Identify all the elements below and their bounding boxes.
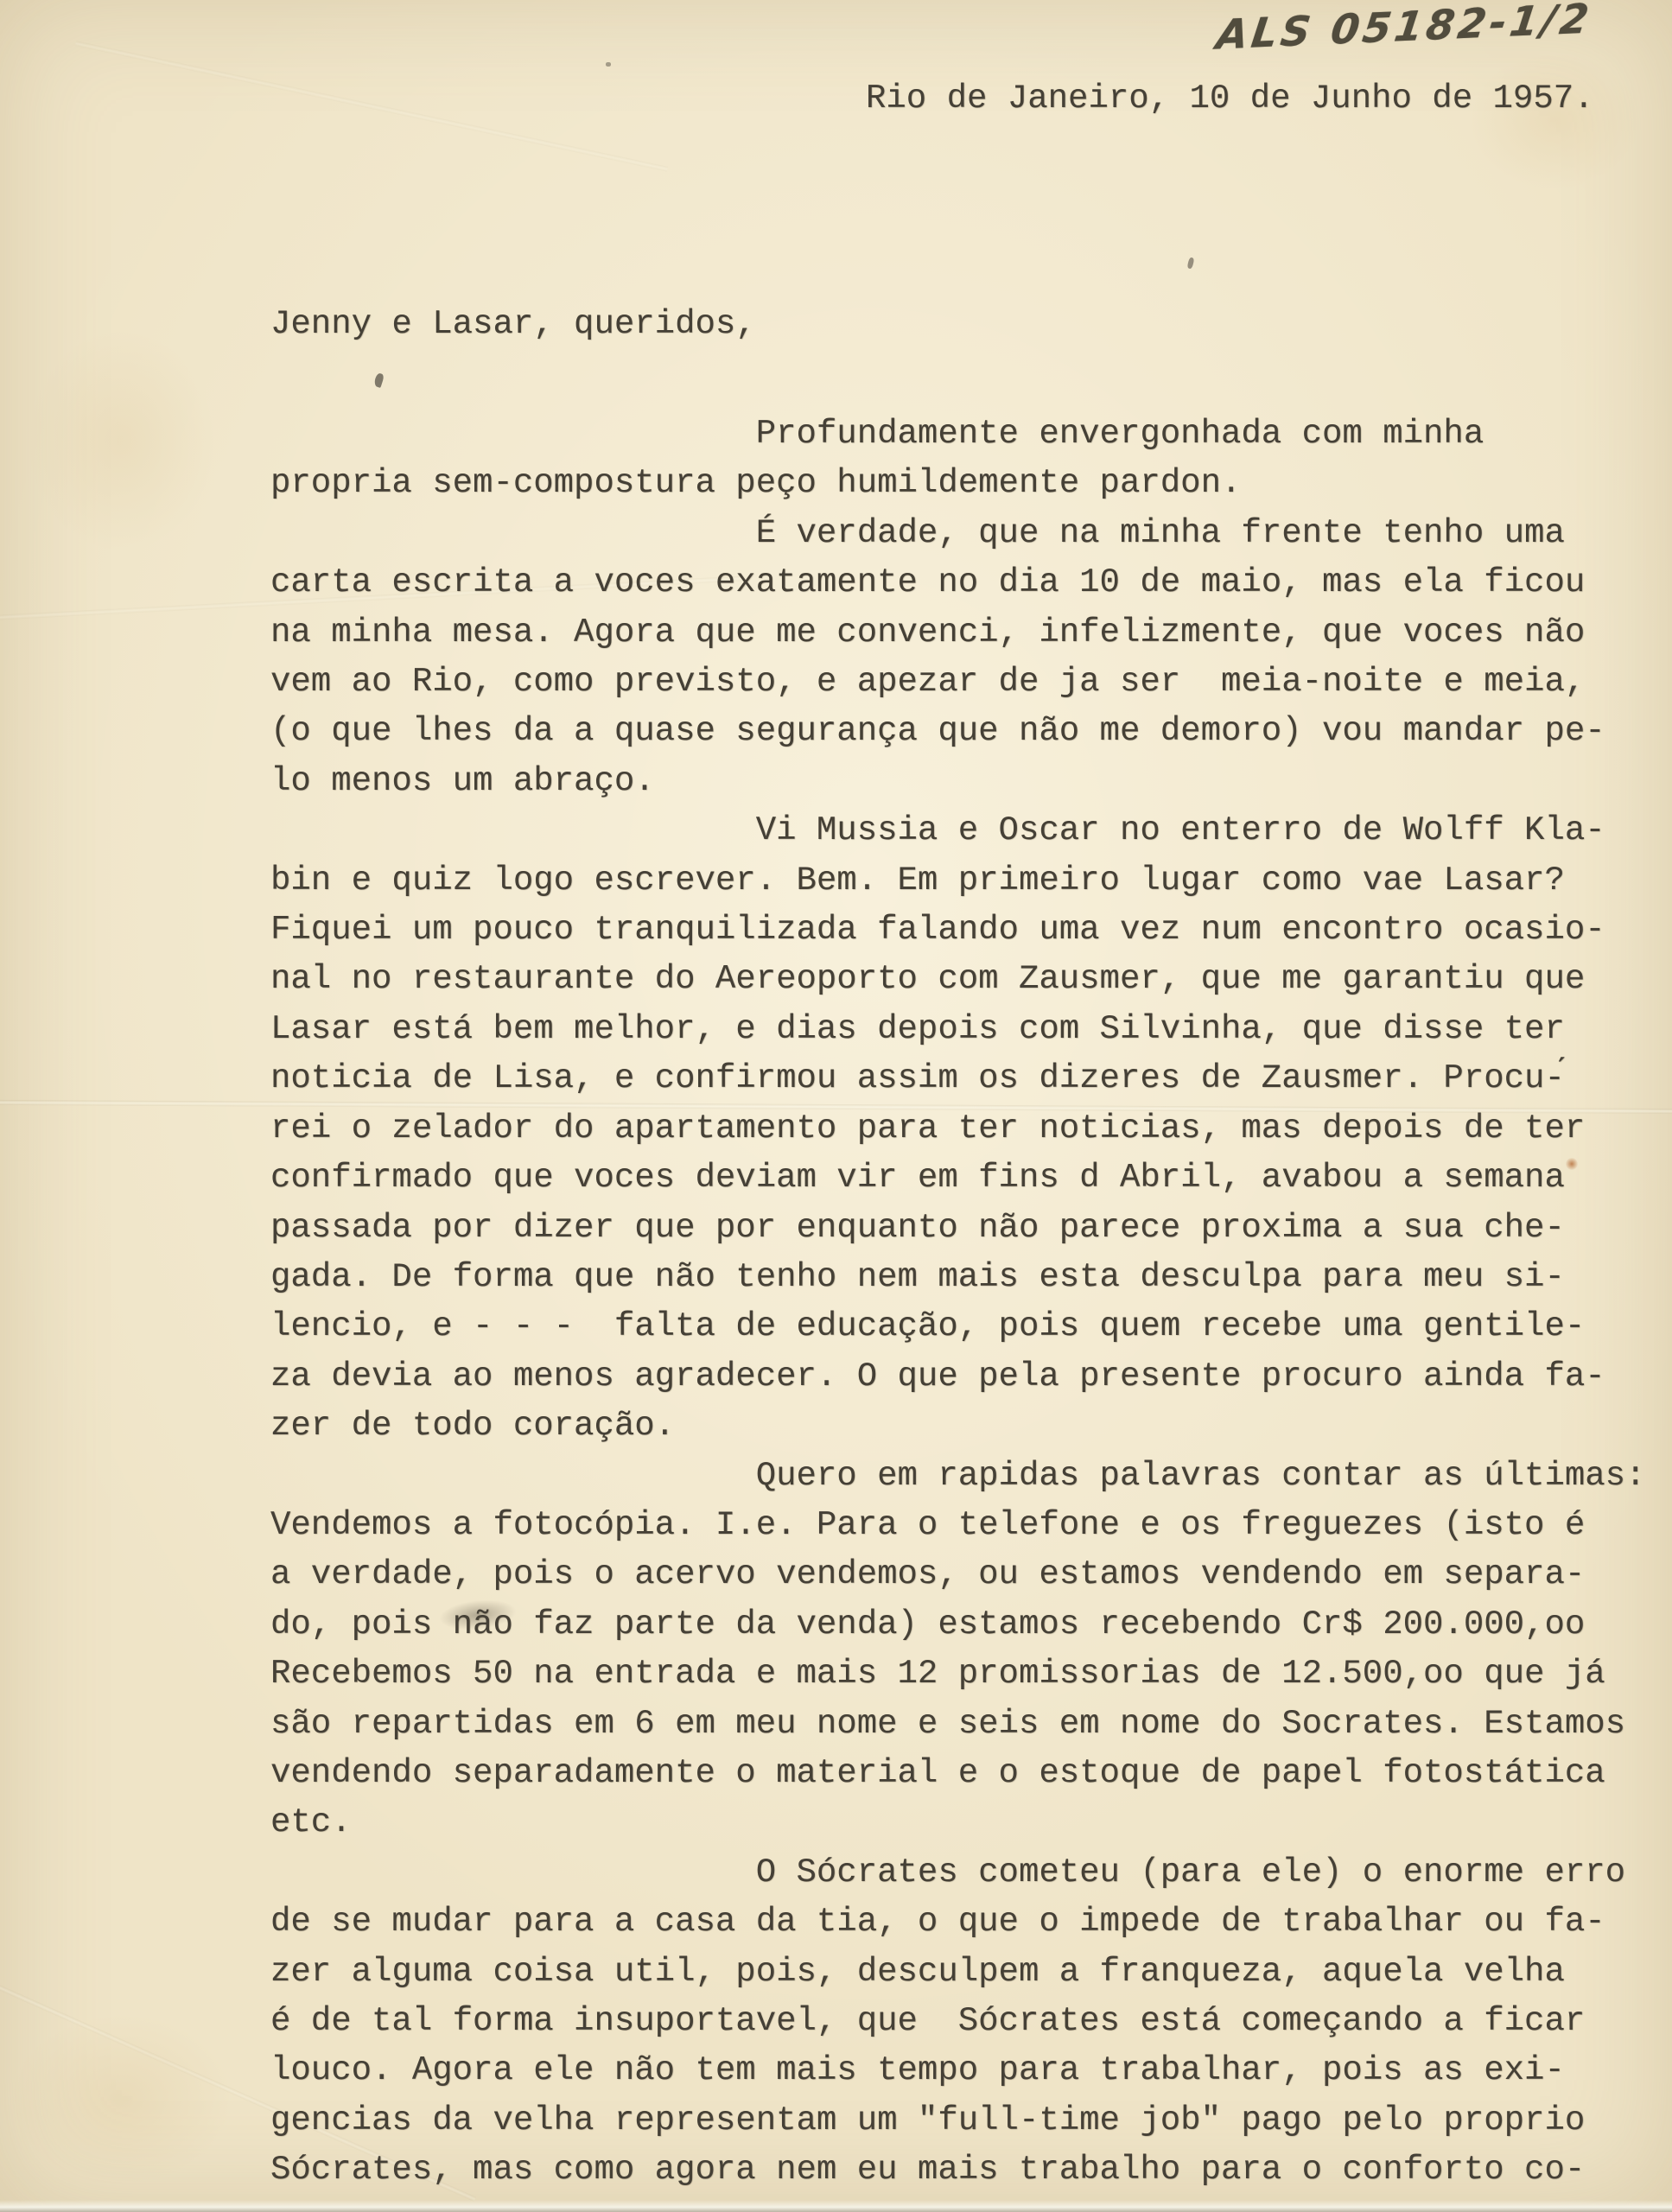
ink-speck [1187, 257, 1195, 269]
letter-page: ALS 05182-1/2 Rio de Janeiro, 10 de Junh… [0, 0, 1672, 2212]
letter-line: lencio, e - - - falta de educação, pois … [270, 1302, 1645, 1351]
letter-line: na minha mesa. Agora que me convenci, in… [270, 608, 1645, 658]
letter-line: gencias da velha representam um "full-ti… [270, 2096, 1645, 2145]
paper-crease [75, 41, 668, 171]
letter-line: são repartidas em 6 em meu nome e seis e… [270, 1700, 1645, 1749]
paper-stain [1469, 52, 1642, 190]
letter-line: etc. [270, 1798, 1645, 1847]
letter-line: Lasar está bem melhor, e dias depois com… [270, 1005, 1645, 1054]
letter-line: Quero em rapidas palavras contar as últi… [270, 1452, 1645, 1501]
letter-line: passada por dizer que por enquanto não p… [270, 1204, 1645, 1253]
paper-stain [26, 328, 216, 553]
letter-line: rei o zelador do apartamento para ter no… [270, 1104, 1645, 1154]
letter-line: É verdade, que na minha frente tenho uma [270, 509, 1645, 558]
letter-line: Fiquei um pouco tranquilizada falando um… [270, 906, 1645, 955]
letter-line: zer alguma coisa util, pois, desculpem a… [270, 1948, 1645, 1997]
letter-line: bin e quiz logo escrever. Bem. Em primei… [270, 856, 1645, 906]
scan-edge [0, 2200, 1672, 2212]
letter-line: nal no restaurante do Aereoporto com Zau… [270, 955, 1645, 1004]
letter-line: O Sócrates cometeu (para ele) o enorme e… [270, 1848, 1645, 1897]
letter-line: noticia de Lisa, e confirmou assim os di… [270, 1054, 1645, 1103]
letter-line: de se mudar para a casa da tia, o que o … [270, 1897, 1645, 1947]
salutation: Jenny e Lasar, queridos, [270, 305, 756, 343]
letter-body: Profundamente envergonhada com minhaprop… [270, 410, 1645, 2196]
letter-line: é de tal forma insuportavel, que Sócrate… [270, 1997, 1645, 2046]
letter-line: vendendo separadamente o material e o es… [270, 1749, 1645, 1798]
letter-line: Sócrates, mas como agora nem eu mais tra… [270, 2145, 1645, 2195]
letter-line: Vi Mussia e Oscar no enterro de Wolff Kl… [270, 806, 1645, 855]
letter-line: Profundamente envergonhada com minha [270, 410, 1645, 459]
letter-line: a verdade, pois o acervo vendemos, ou es… [270, 1550, 1645, 1599]
letter-line: za devia ao menos agradecer. O que pela … [270, 1352, 1645, 1402]
letter-line: propria sem-compostura peço humildemente… [270, 459, 1645, 508]
letter-line: do, pois não faz parte da venda) estamos… [270, 1600, 1645, 1649]
letter-line: gada. De forma que não tenho nem mais es… [270, 1253, 1645, 1302]
letter-line: confirmado que voces deviam vir em fins … [270, 1154, 1645, 1203]
ink-speck [373, 372, 385, 388]
ink-speck [606, 62, 611, 67]
letter-line: Vendemos a fotocópia. I.e. Para o telefo… [270, 1501, 1645, 1550]
dateline: Rio de Janeiro, 10 de Junho de 1957. [866, 79, 1594, 118]
letter-line: lo menos um abraço. [270, 757, 1645, 806]
paper-stain [9, 2013, 233, 2186]
letter-line: zer de todo coração. [270, 1402, 1645, 1451]
handwritten-annotation: ALS 05182-1/2 [1214, 0, 1595, 60]
letter-line: carta escrita a voces exatamente no dia … [270, 558, 1645, 607]
letter-line: Recebemos 50 na entrada e mais 12 promis… [270, 1649, 1645, 1699]
letter-line: louco. Agora ele não tem mais tempo para… [270, 2046, 1645, 2095]
letter-line: (o que lhes da a quase segurança que não… [270, 707, 1645, 756]
letter-line: vem ao Rio, como previsto, e apezar de j… [270, 658, 1645, 707]
